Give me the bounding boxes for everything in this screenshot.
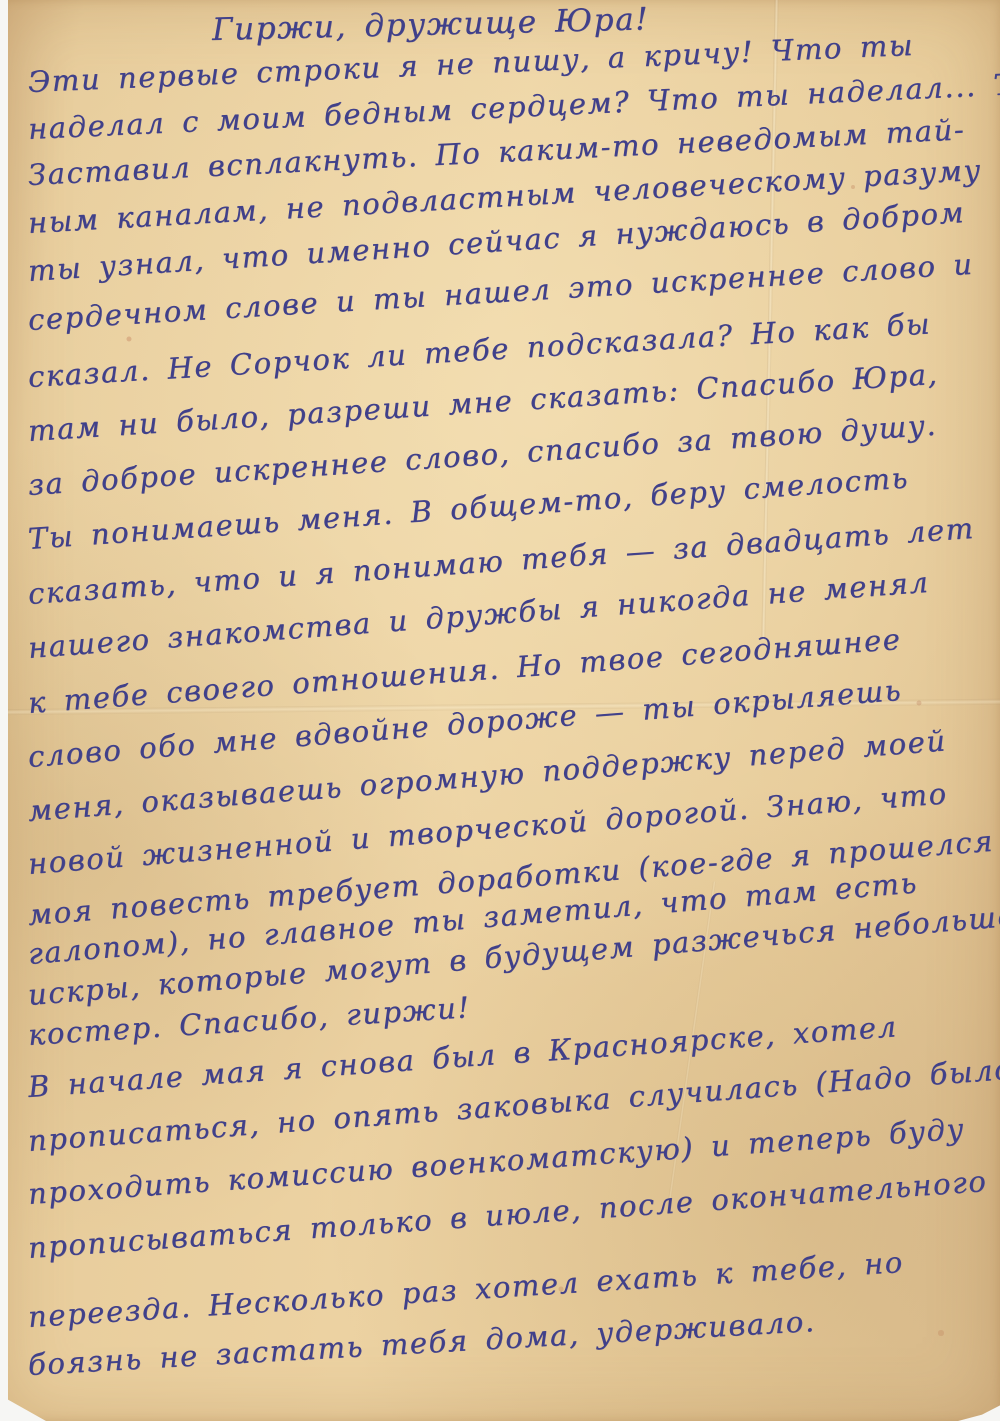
- letter-scan: Гиржи, дружище Юра! Эти первые строки я …: [0, 0, 1000, 1421]
- letter-paper: Гиржи, дружище Юра! Эти первые строки я …: [0, 0, 1000, 1421]
- letter-text: Гиржи, дружище Юра! Эти первые строки я …: [0, 0, 1000, 1421]
- paper-specks: [0, 0, 2, 2]
